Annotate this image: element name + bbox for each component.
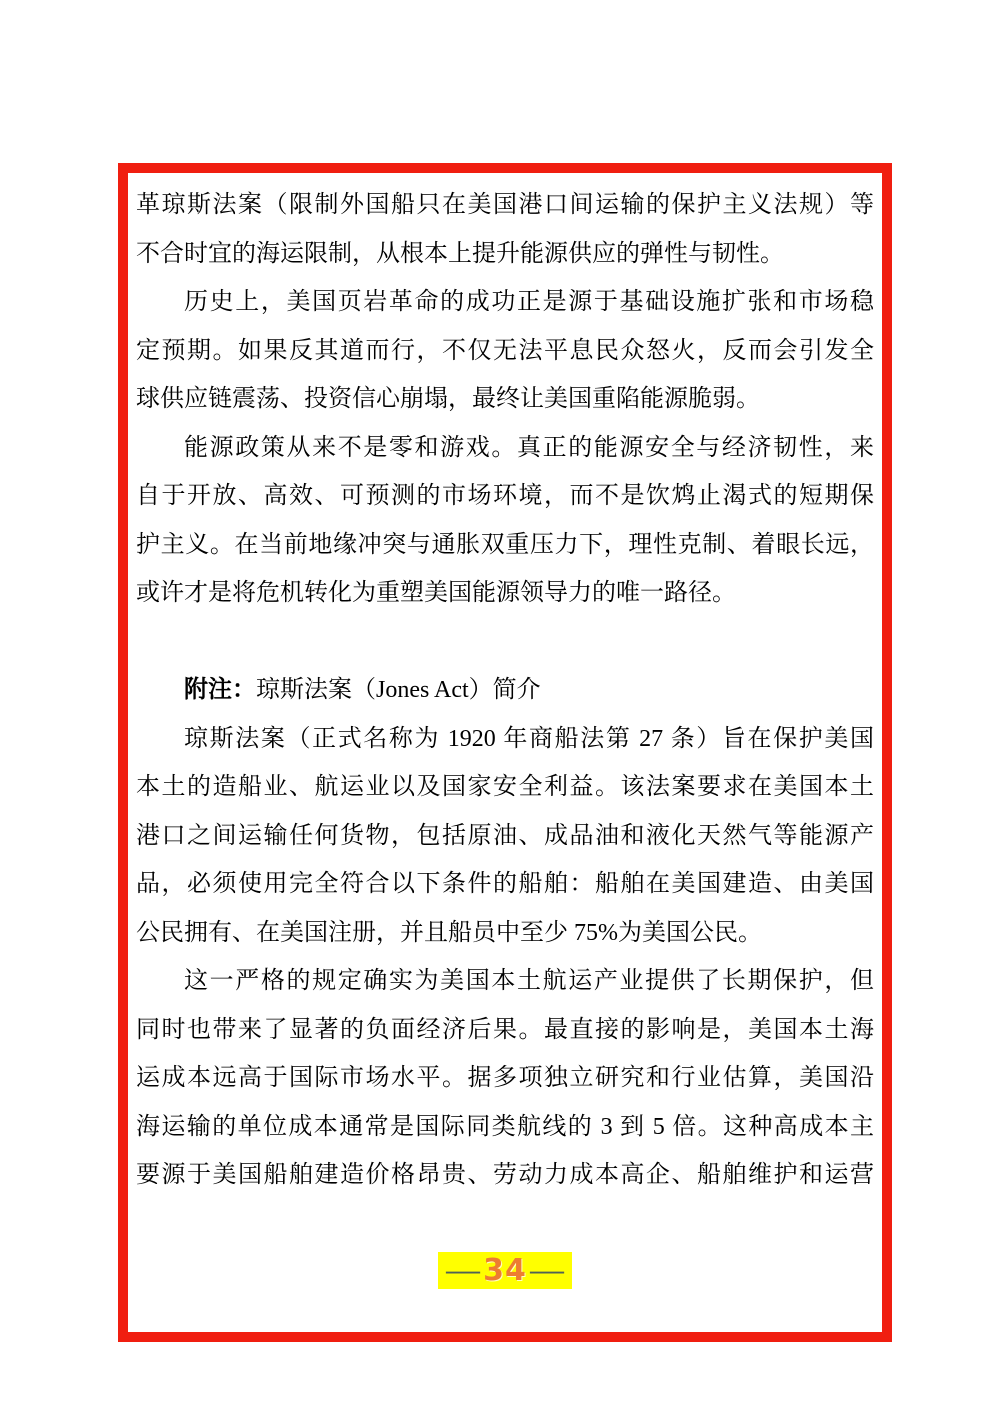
text-line: 运成本远高于国际市场水平。据多项独立研究和行业估算，美国沿 bbox=[136, 1054, 874, 1103]
document-body: 革琼斯法案（限制外国船只在美国港口间运输的保护主义法规）等 不合时宜的海运限制，… bbox=[136, 181, 874, 1200]
paragraph: 琼斯法案（正式名称为 1920 年商船法第 27 条）旨在保护美国 本土的造船业… bbox=[136, 715, 874, 958]
text-line: 能源政策从来不是零和游戏。真正的能源安全与经济韧性，来 bbox=[136, 424, 874, 473]
text-line: 或许才是将危机转化为重塑美国能源领导力的唯一路径。 bbox=[136, 569, 874, 618]
paragraph: 能源政策从来不是零和游戏。真正的能源安全与经济韧性，来 自于开放、高效、可预测的… bbox=[136, 424, 874, 618]
note-heading-title: 琼斯法案（Jones Act）简介 bbox=[256, 677, 541, 703]
paragraph: 这一严格的规定确实为美国本土航运产业提供了长期保护，但 同时也带来了显著的负面经… bbox=[136, 957, 874, 1200]
text-line: 本土的造船业、航运业以及国家安全利益。该法案要求在美国本土 bbox=[136, 763, 874, 812]
page-footer: — 34 — bbox=[128, 1252, 882, 1289]
text-line: 历史上，美国页岩革命的成功正是源于基础设施扩张和市场稳 bbox=[136, 278, 874, 327]
text-line: 品，必须使用完全符合以下条件的船舶：船舶在美国建造、由美国 bbox=[136, 860, 874, 909]
text-line: 革琼斯法案（限制外国船只在美国港口间运输的保护主义法规）等 bbox=[136, 181, 874, 230]
document-page: 革琼斯法案（限制外国船只在美国港口间运输的保护主义法规）等 不合时宜的海运限制，… bbox=[0, 0, 1000, 1414]
text-line: 琼斯法案（正式名称为 1920 年商船法第 27 条）旨在保护美国 bbox=[136, 715, 874, 764]
page-number-highlight: — 34 — bbox=[438, 1252, 572, 1289]
text-line: 要源于美国船舶建造价格昂贵、劳动力成本高企、船舶维护和运营 bbox=[136, 1151, 874, 1200]
blank-line bbox=[136, 618, 874, 667]
text-line: 不合时宜的海运限制，从根本上提升能源供应的弹性与韧性。 bbox=[136, 230, 874, 279]
footer-dash-left: — bbox=[446, 1252, 480, 1289]
page-number: 34 bbox=[483, 1252, 527, 1289]
text-line: 定预期。如果反其道而行，不仅无法平息民众怒火，反而会引发全 bbox=[136, 327, 874, 376]
text-line: 这一严格的规定确实为美国本土航运产业提供了长期保护，但 bbox=[136, 957, 874, 1006]
note-heading: 附注：琼斯法案（Jones Act）简介 bbox=[136, 666, 874, 715]
text-line: 公民拥有、在美国注册，并且船员中至少 75%为美国公民。 bbox=[136, 909, 874, 958]
text-line: 港口之间运输任何货物，包括原油、成品油和液化天然气等能源产 bbox=[136, 812, 874, 861]
text-line: 护主义。在当前地缘冲突与通胀双重压力下，理性克制、着眼长远， bbox=[136, 521, 874, 570]
text-line: 海运输的单位成本通常是国际同类航线的 3 到 5 倍。这种高成本主 bbox=[136, 1103, 874, 1152]
paragraph: 革琼斯法案（限制外国船只在美国港口间运输的保护主义法规）等 不合时宜的海运限制，… bbox=[136, 181, 874, 278]
text-line: 球供应链震荡、投资信心崩塌，最终让美国重陷能源脆弱。 bbox=[136, 375, 874, 424]
footer-dash-right: — bbox=[530, 1252, 564, 1289]
text-line: 同时也带来了显著的负面经济后果。最直接的影响是，美国本土海 bbox=[136, 1006, 874, 1055]
page-border: 革琼斯法案（限制外国船只在美国港口间运输的保护主义法规）等 不合时宜的海运限制，… bbox=[118, 163, 892, 1342]
text-line: 自于开放、高效、可预测的市场环境，而不是饮鸩止渴式的短期保 bbox=[136, 472, 874, 521]
paragraph: 历史上，美国页岩革命的成功正是源于基础设施扩张和市场稳 定预期。如果反其道而行，… bbox=[136, 278, 874, 424]
note-heading-label: 附注： bbox=[184, 677, 256, 703]
